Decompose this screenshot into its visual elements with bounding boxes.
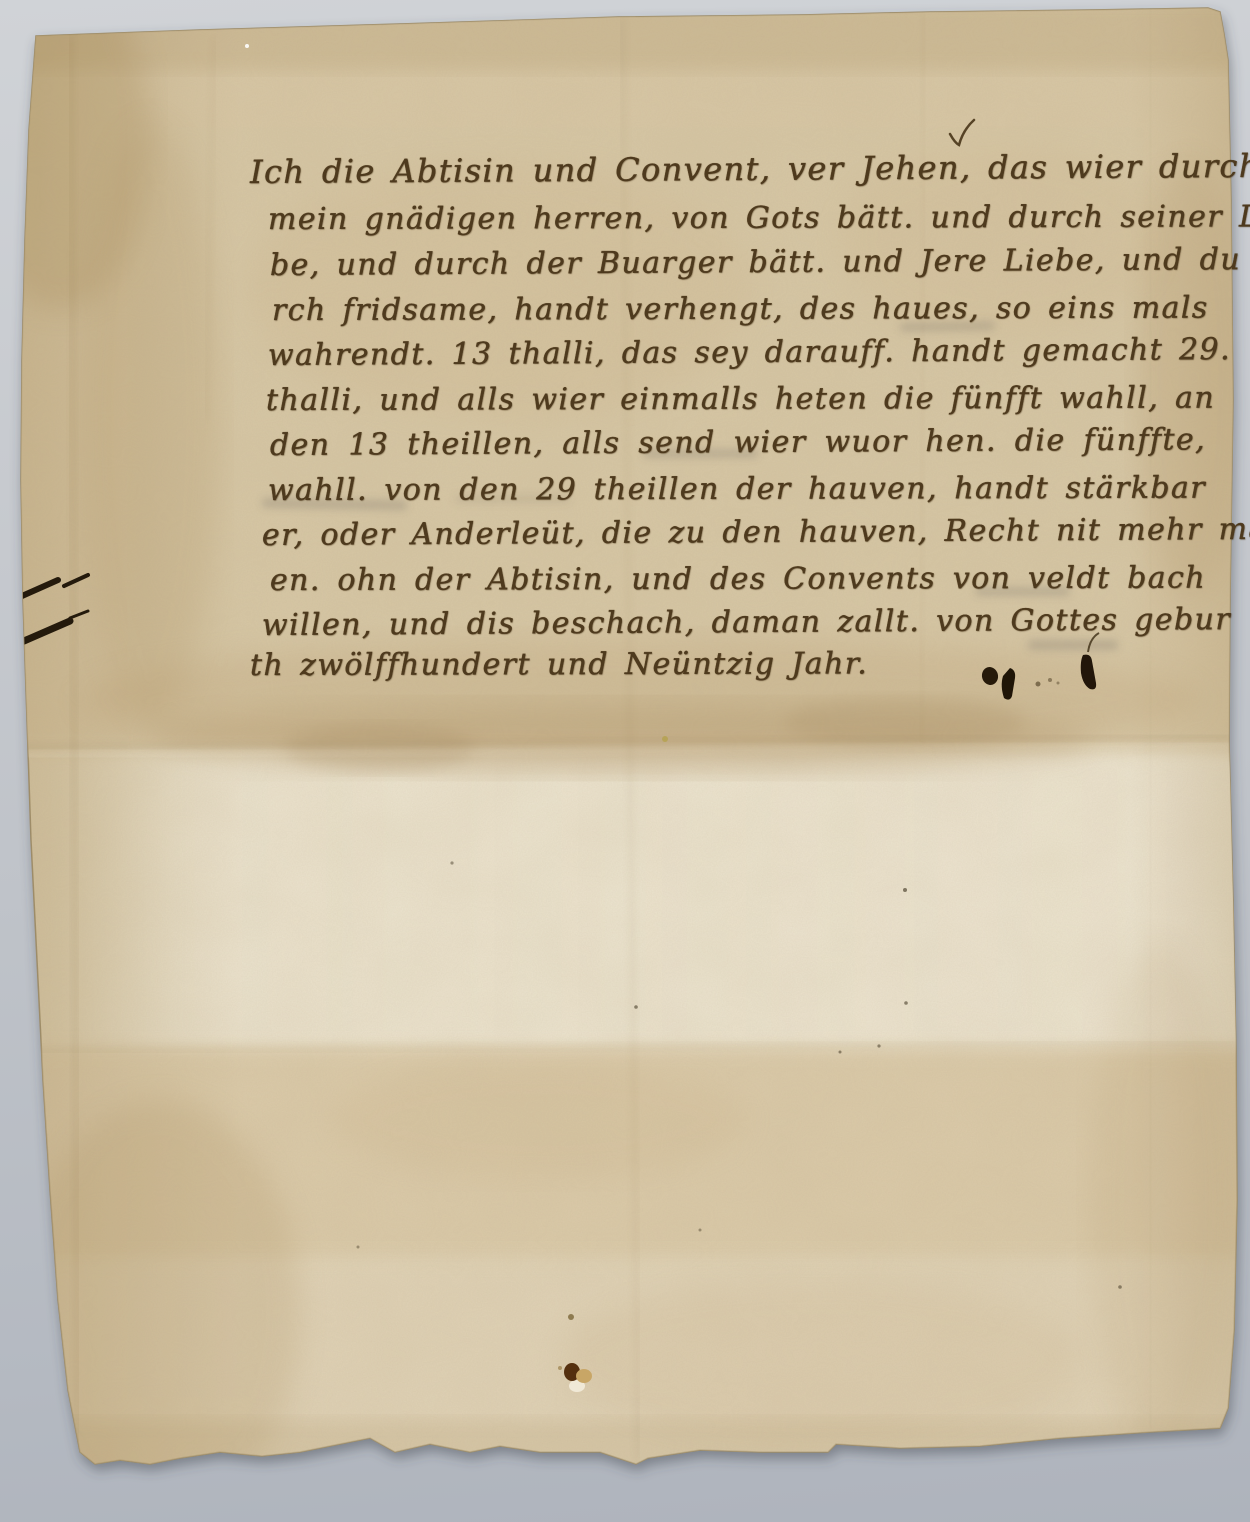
paper-sheet (0, 0, 1250, 1522)
manuscript-photo: Ich die Abtisin und Convent, ver Jehen, … (0, 0, 1250, 1522)
